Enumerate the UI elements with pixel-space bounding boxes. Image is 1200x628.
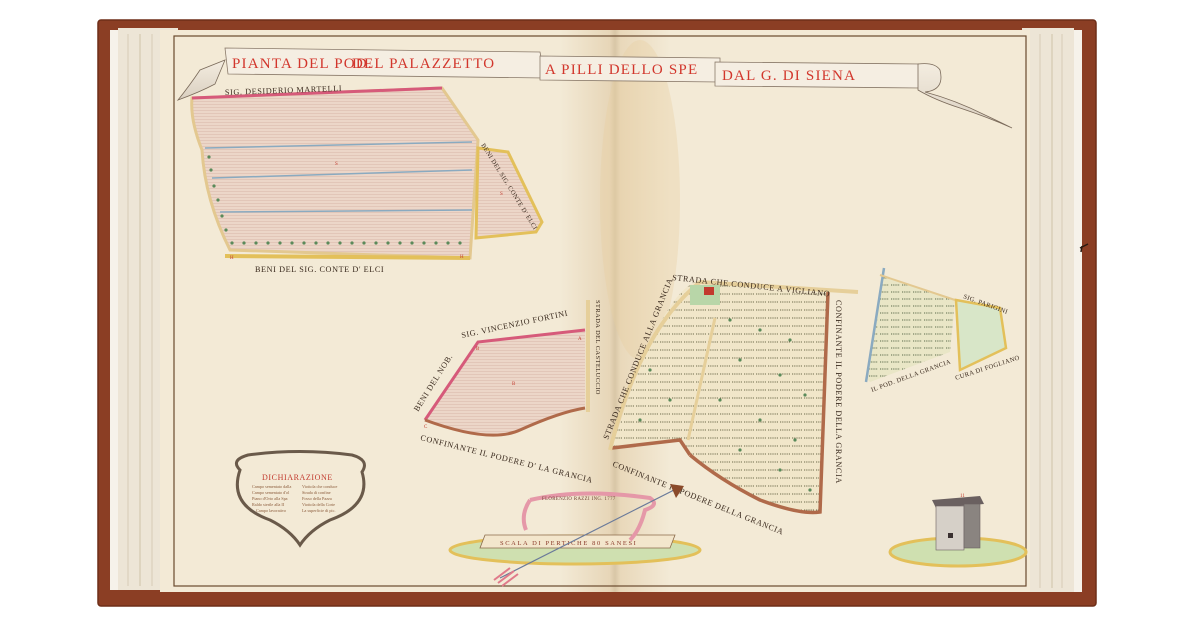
legend-line: Campo sementato dalla bbox=[252, 484, 291, 489]
building-marker: 11 bbox=[960, 494, 965, 499]
legend-line: Campo lavorativo bbox=[256, 508, 286, 513]
map-viewer: PIANTA DEL POD. DEL PALAZZETTO A PILLI D… bbox=[0, 0, 1200, 628]
ribbon-author: FLORENZIO RAZZI ING. 1777 bbox=[542, 497, 616, 502]
legend-line: Strada di confine bbox=[302, 490, 331, 495]
label-podere-grancia-east: CONFINANTE IL PODERE DELLA GRANCIA bbox=[834, 300, 843, 484]
map-title-part-4: DAL G. DI SIENA bbox=[722, 68, 856, 84]
map-title-part-3: A PILLI DELLO SPE bbox=[545, 62, 698, 78]
parcel-marker: S bbox=[500, 192, 503, 197]
corner-marker: A bbox=[578, 337, 582, 342]
legend-line: La superficie di pic. bbox=[302, 508, 336, 513]
legend-line: Piano d'Orto alla Spa bbox=[252, 496, 288, 501]
label-strada-casteluccio: STRADA DEL CASTELUCCIO bbox=[594, 300, 601, 395]
atlas-photo: PIANTA DEL POD. DEL PALAZZETTO A PILLI D… bbox=[0, 0, 1200, 628]
legend-title: DICHIARAZIONE bbox=[262, 473, 333, 482]
legend-line: Viottola che conduce bbox=[302, 484, 337, 489]
legend-line: Campo sementato d'ol bbox=[252, 490, 290, 495]
parcel-marker: S bbox=[335, 162, 338, 167]
map-title-part-2: DEL PALAZZETTO bbox=[352, 56, 495, 72]
legend-line: Viottola della Corte bbox=[302, 502, 335, 507]
label-conte-elci-south: BENI DEL SIG. CONTE D' ELCI bbox=[255, 265, 384, 274]
legend-line: Fosso della Pazza bbox=[302, 496, 332, 501]
corner-marker: H bbox=[460, 255, 464, 260]
parcel-upper-left[interactable]: S H H SIG. DESIDERIO MARTELLI BENI DEL S… bbox=[192, 84, 478, 274]
legend-line: Raldo sterile alla II bbox=[252, 502, 285, 507]
corner-marker: H bbox=[230, 256, 234, 261]
